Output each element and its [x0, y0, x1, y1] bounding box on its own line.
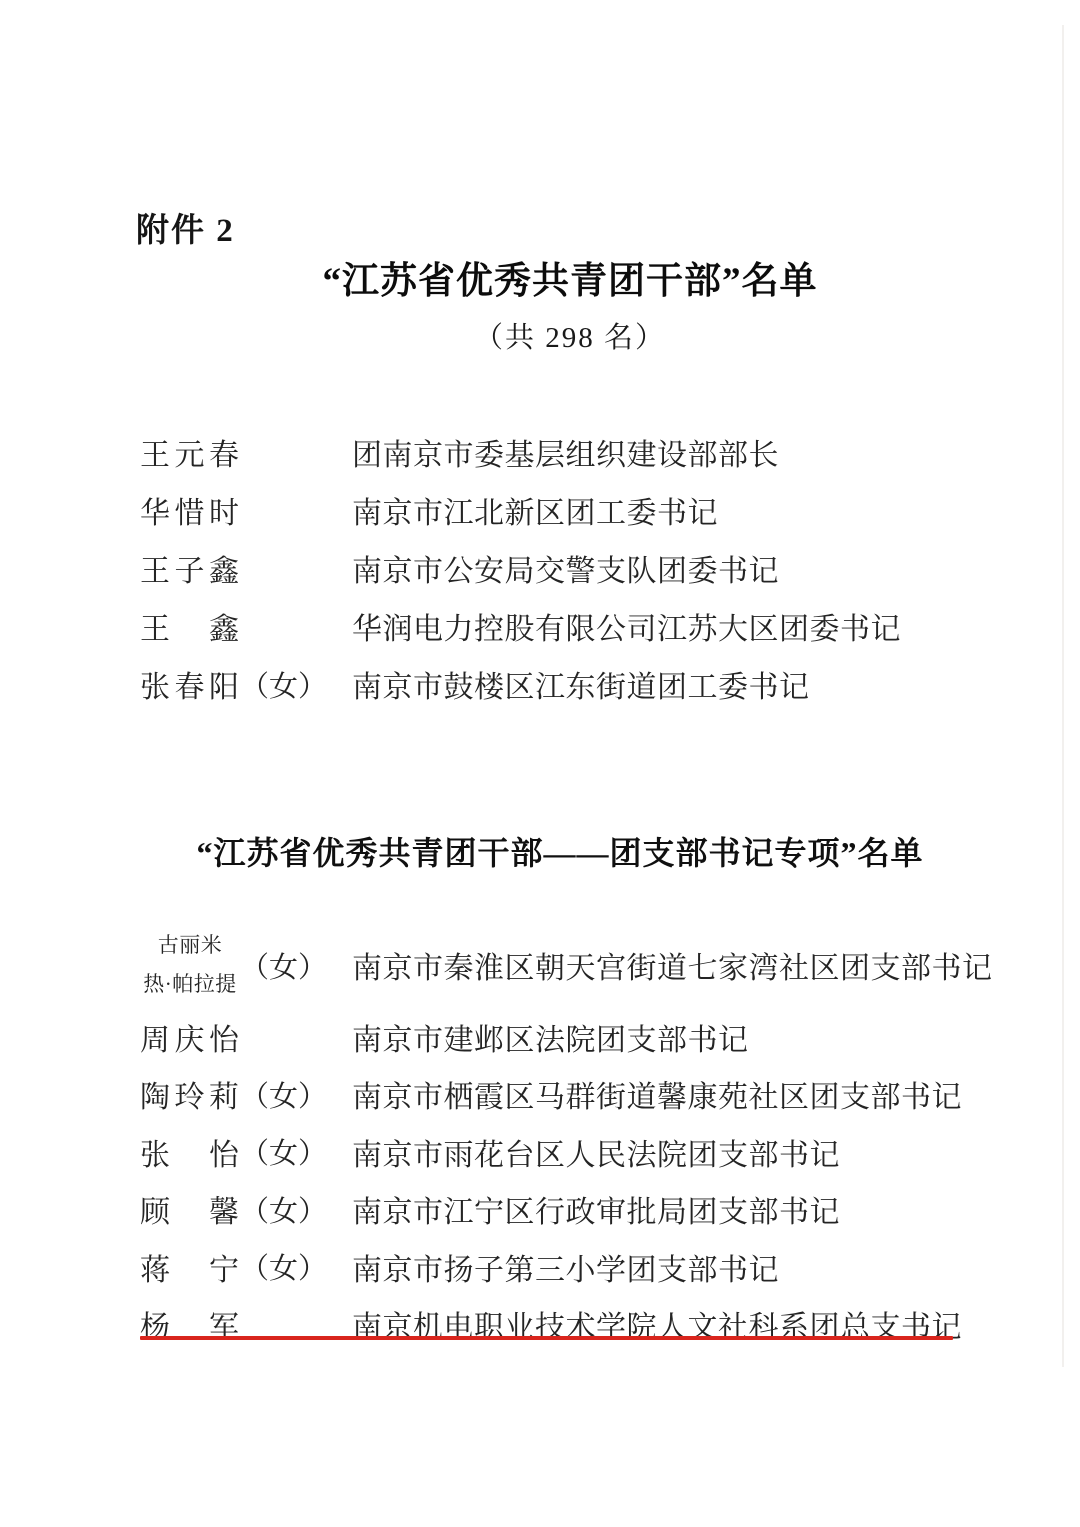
person-position: 南京市建邺区法院团支部书记: [352, 1015, 1020, 1059]
person-position: 南京机电职业技术学院人文社科系团总支书记: [352, 1302, 1020, 1346]
red-underline: [140, 1336, 953, 1340]
scan-edge-artifact: [1062, 25, 1064, 1367]
person-position: 南京市秦淮区朝天宫街道七家湾社区团支部书记: [352, 943, 1020, 987]
list-row: 杨军 南京机电职业技术学院人文社科系团总支书记: [140, 1296, 1020, 1354]
person-name: 张春阳: [140, 662, 240, 706]
list-row: 张怡 （女） 南京市雨花台区人民法院团支部书记: [140, 1123, 1020, 1181]
person-name: 蒋宁: [140, 1245, 240, 1289]
cadre-list: 王元春 团南京市委基层组织建设部部长 华惜时 南京市江北新区团工委书记 王子鑫 …: [140, 423, 1020, 713]
person-name: 周庆怡: [140, 1015, 240, 1059]
list-row: 王鑫 华润电力控股有限公司江苏大区团委书记: [140, 597, 1020, 655]
person-name: 王鑫: [140, 604, 240, 648]
gender-label: （女）: [240, 664, 352, 705]
person-name: 王元春: [140, 430, 240, 474]
person-position: 南京市公安局交警支队团委书记: [352, 546, 1020, 590]
list-row: 张春阳 （女） 南京市鼓楼区江东街道团工委书记: [140, 655, 1020, 713]
list-row: 王元春 团南京市委基层组织建设部部长: [140, 423, 1020, 481]
list-row: 王子鑫 南京市公安局交警支队团委书记: [140, 539, 1020, 597]
person-name: 杨军: [140, 1302, 240, 1346]
document-page: 附件 2 “江苏省优秀共青团干部”名单 （共 298 名） 王元春 团南京市委基…: [0, 0, 1080, 1527]
person-position: 华润电力控股有限公司江苏大区团委书记: [352, 604, 1020, 648]
person-name: 顾馨: [140, 1187, 240, 1231]
person-position: 团南京市委基层组织建设部部长: [352, 430, 1020, 474]
person-position: 南京市江北新区团工委书记: [352, 488, 1020, 532]
list-row: 周庆怡 南京市建邺区法院团支部书记: [140, 1008, 1020, 1066]
list-row: 华惜时 南京市江北新区团工委书记: [140, 481, 1020, 539]
branch-secretary-list: 古丽米 热·帕拉提 （女） 南京市秦淮区朝天宫街道七家湾社区团支部书记 周庆怡 …: [140, 922, 1020, 1353]
list-row: 蒋宁 （女） 南京市扬子第三小学团支部书记: [140, 1238, 1020, 1296]
gender-label: （女）: [240, 1246, 352, 1287]
list-row: 陶玲莉 （女） 南京市栖霞区马群街道馨康苑社区团支部书记: [140, 1066, 1020, 1124]
list-row: 古丽米 热·帕拉提 （女） 南京市秦淮区朝天宫街道七家湾社区团支部书记: [140, 922, 1020, 1008]
section-title: “江苏省优秀共青团干部——团支部书记专项”名单: [40, 828, 1080, 874]
list-row: 顾馨 （女） 南京市江宁区行政审批局团支部书记: [140, 1181, 1020, 1239]
person-name: 张怡: [140, 1130, 240, 1174]
gender-label: （女）: [240, 945, 352, 986]
gender-label: （女）: [240, 1074, 352, 1115]
person-position: 南京市鼓楼区江东街道团工委书记: [352, 662, 1020, 706]
person-name: 古丽米 热·帕拉提: [140, 926, 240, 1004]
person-position: 南京市江宁区行政审批局团支部书记: [352, 1187, 1020, 1231]
person-name: 王子鑫: [140, 546, 240, 590]
person-name: 华惜时: [140, 488, 240, 532]
gender-label: （女）: [240, 1189, 352, 1230]
person-position: 南京市栖霞区马群街道馨康苑社区团支部书记: [352, 1072, 1020, 1116]
doc-title: “江苏省优秀共青团干部”名单: [70, 250, 1070, 304]
person-name: 陶玲莉: [140, 1072, 240, 1116]
doc-subtitle: （共 298 名）: [70, 315, 1070, 356]
person-position: 南京市雨花台区人民法院团支部书记: [352, 1130, 1020, 1174]
person-name-line2: 热·帕拉提: [140, 965, 240, 1004]
gender-label: （女）: [240, 1131, 352, 1172]
attachment-label: 附件 2: [136, 204, 235, 251]
person-position: 南京市扬子第三小学团支部书记: [352, 1245, 1020, 1289]
person-name-line1: 古丽米: [140, 926, 240, 965]
